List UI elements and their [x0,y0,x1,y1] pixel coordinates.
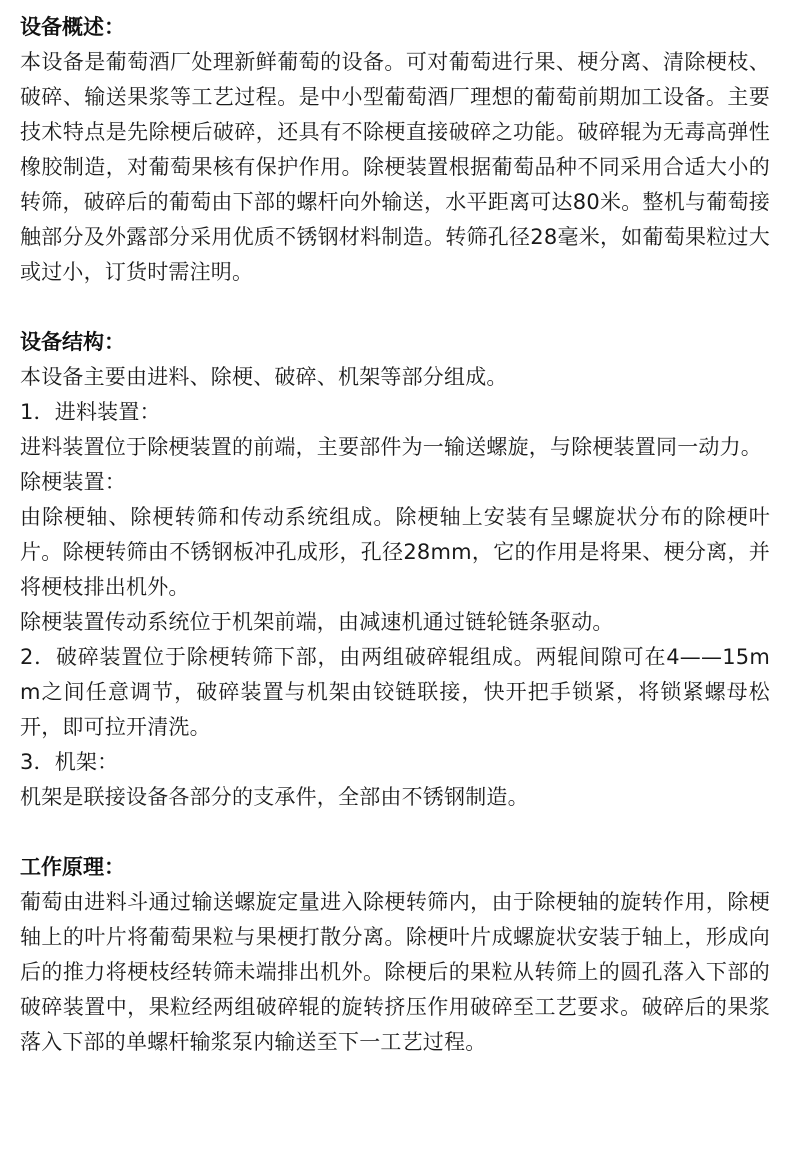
paragraph: 本设备主要由进料、除梗、破碎、机架等部分组成。 [20,360,770,395]
paragraph-crushing-device: 2．破碎装置位于除梗转筛下部，由两组破碎辊组成。两辊间隙可在4——15mm之间任… [20,640,770,745]
subheading-feeding-device: 1．进料装置： [20,395,770,430]
document: 设备概述： 本设备是葡萄酒厂处理新鲜葡萄的设备。可对葡萄进行果、梗分离、清除梗枝… [0,0,790,1060]
section-heading: 工作原理： [20,850,770,885]
paragraph: 由除梗轴、除梗转筛和传动系统组成。除梗轴上安装有呈螺旋状分布的除梗叶片。除梗转筛… [20,500,770,605]
section-heading: 设备概述： [20,10,770,45]
paragraph: 进料装置位于除梗装置的前端，主要部件为一输送螺旋，与除梗装置同一动力。 [20,430,770,465]
paragraph: 除梗装置传动系统位于机架前端，由减速机通过链轮链条驱动。 [20,605,770,640]
section-structure: 设备结构： 本设备主要由进料、除梗、破碎、机架等部分组成。 1．进料装置： 进料… [20,325,770,815]
paragraph: 葡萄由进料斗通过输送螺旋定量进入除梗转筛内，由于除梗轴的旋转作用，除梗轴上的叶片… [20,885,770,1060]
section-heading: 设备结构： [20,325,770,360]
section-overview: 设备概述： 本设备是葡萄酒厂处理新鲜葡萄的设备。可对葡萄进行果、梗分离、清除梗枝… [20,10,770,290]
paragraph: 本设备是葡萄酒厂处理新鲜葡萄的设备。可对葡萄进行果、梗分离、清除梗枝、破碎、输送… [20,45,770,290]
subheading-frame: 3．机架： [20,745,770,780]
paragraph: 机架是联接设备各部分的支承件，全部由不锈钢制造。 [20,780,770,815]
section-working-principle: 工作原理： 葡萄由进料斗通过输送螺旋定量进入除梗转筛内，由于除梗轴的旋转作用，除… [20,850,770,1060]
subheading-destemming-device: 除梗装置： [20,465,770,500]
